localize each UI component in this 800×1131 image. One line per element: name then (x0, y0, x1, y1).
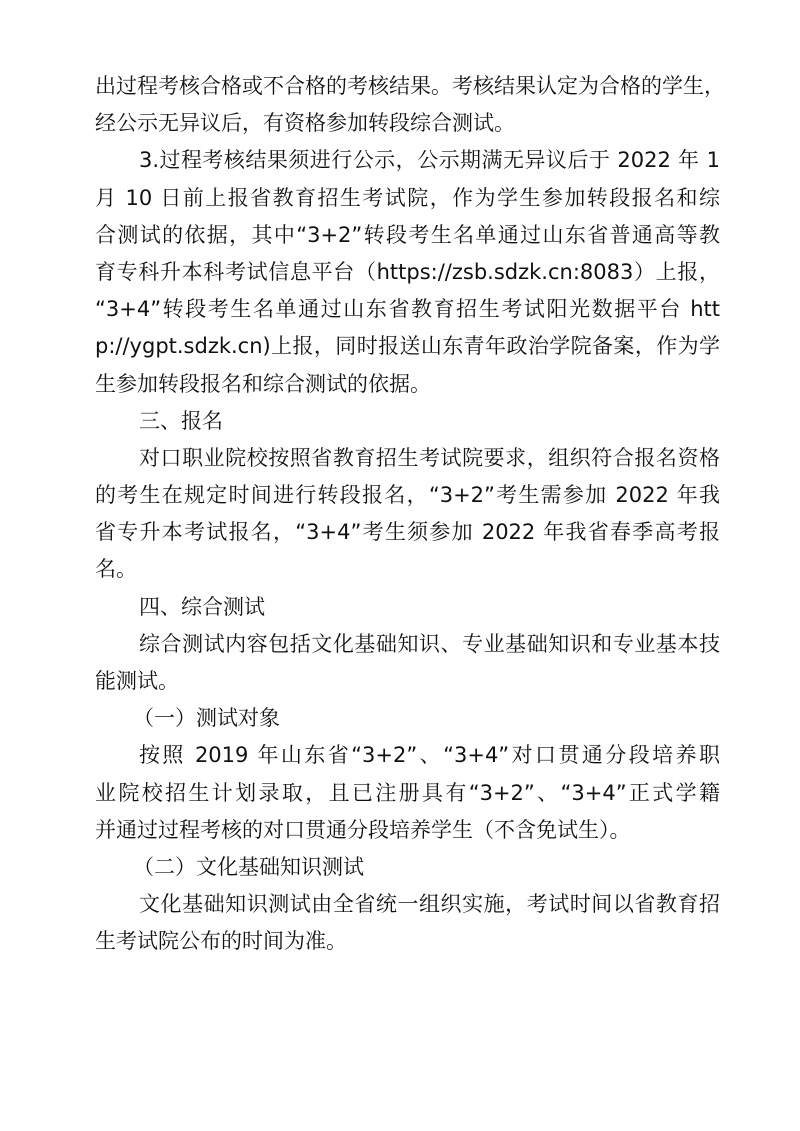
paragraph-line: 出过程考核合格或不合格的考核结果。考核结果认定为合格的学生， (95, 68, 720, 105)
paragraph-line: 综合测试内容包括文化基础知识、专业基础知识和专业基本技 (95, 626, 720, 663)
subheading-test-subjects: （一）测试对象 (95, 700, 720, 737)
section-heading-comprehensive-test: 四、综合测试 (95, 589, 720, 626)
section-heading-registration: 三、报名 (95, 403, 720, 440)
document-page: 出过程考核合格或不合格的考核结果。考核结果认定为合格的学生， 经公示无异议后，有… (95, 68, 720, 961)
paragraph-line: 文化基础知识测试由全省统一组织实施，考试时间以省教育招 (95, 886, 720, 923)
paragraph-line: 生参加转段报名和综合测试的依据。 (95, 366, 720, 403)
paragraph-line: 生考试院公布的时间为准。 (95, 923, 720, 960)
paragraph-line: 育专科升本科考试信息平台（https://zsb.sdzk.cn:8083）上报… (95, 254, 720, 291)
paragraph-line: 能测试。 (95, 663, 720, 700)
paragraph-line: 对口职业院校按照省教育招生考试院要求，组织符合报名资格 (95, 440, 720, 477)
paragraph-line: 按照 2019 年山东省“3+2”、“3+4”对口贯通分段培养职 (95, 737, 720, 774)
paragraph-line: 业院校招生计划录取，且已注册具有“3+2”、“3+4”正式学籍 (95, 775, 720, 812)
paragraph-line: 合测试的依据，其中“3+2”转段考生名单通过山东省普通高等教 (95, 217, 720, 254)
paragraph-line: 的考生在规定时间进行转段报名，“3+2”考生需参加 2022 年我 (95, 477, 720, 514)
paragraph-line: 3.过程考核结果须进行公示，公示期满无异议后于 2022 年 1 (95, 142, 720, 179)
paragraph-line: 名。 (95, 551, 720, 588)
paragraph-line: p://ygpt.sdzk.cn)上报，同时报送山东青年政治学院备案，作为学 (95, 328, 720, 365)
subheading-culture-knowledge-test: （二）文化基础知识测试 (95, 849, 720, 886)
paragraph-line: 月 10 日前上报省教育招生考试院，作为学生参加转段报名和综 (95, 180, 720, 217)
paragraph-line: “3+4”转段考生名单通过山东省教育招生考试阳光数据平台 htt (95, 291, 720, 328)
paragraph-line: 并通过过程考核的对口贯通分段培养学生（不含免试生）。 (95, 812, 720, 849)
paragraph-line: 省专升本考试报名，“3+4”考生须参加 2022 年我省春季高考报 (95, 514, 720, 551)
paragraph-line: 经公示无异议后，有资格参加转段综合测试。 (95, 105, 720, 142)
